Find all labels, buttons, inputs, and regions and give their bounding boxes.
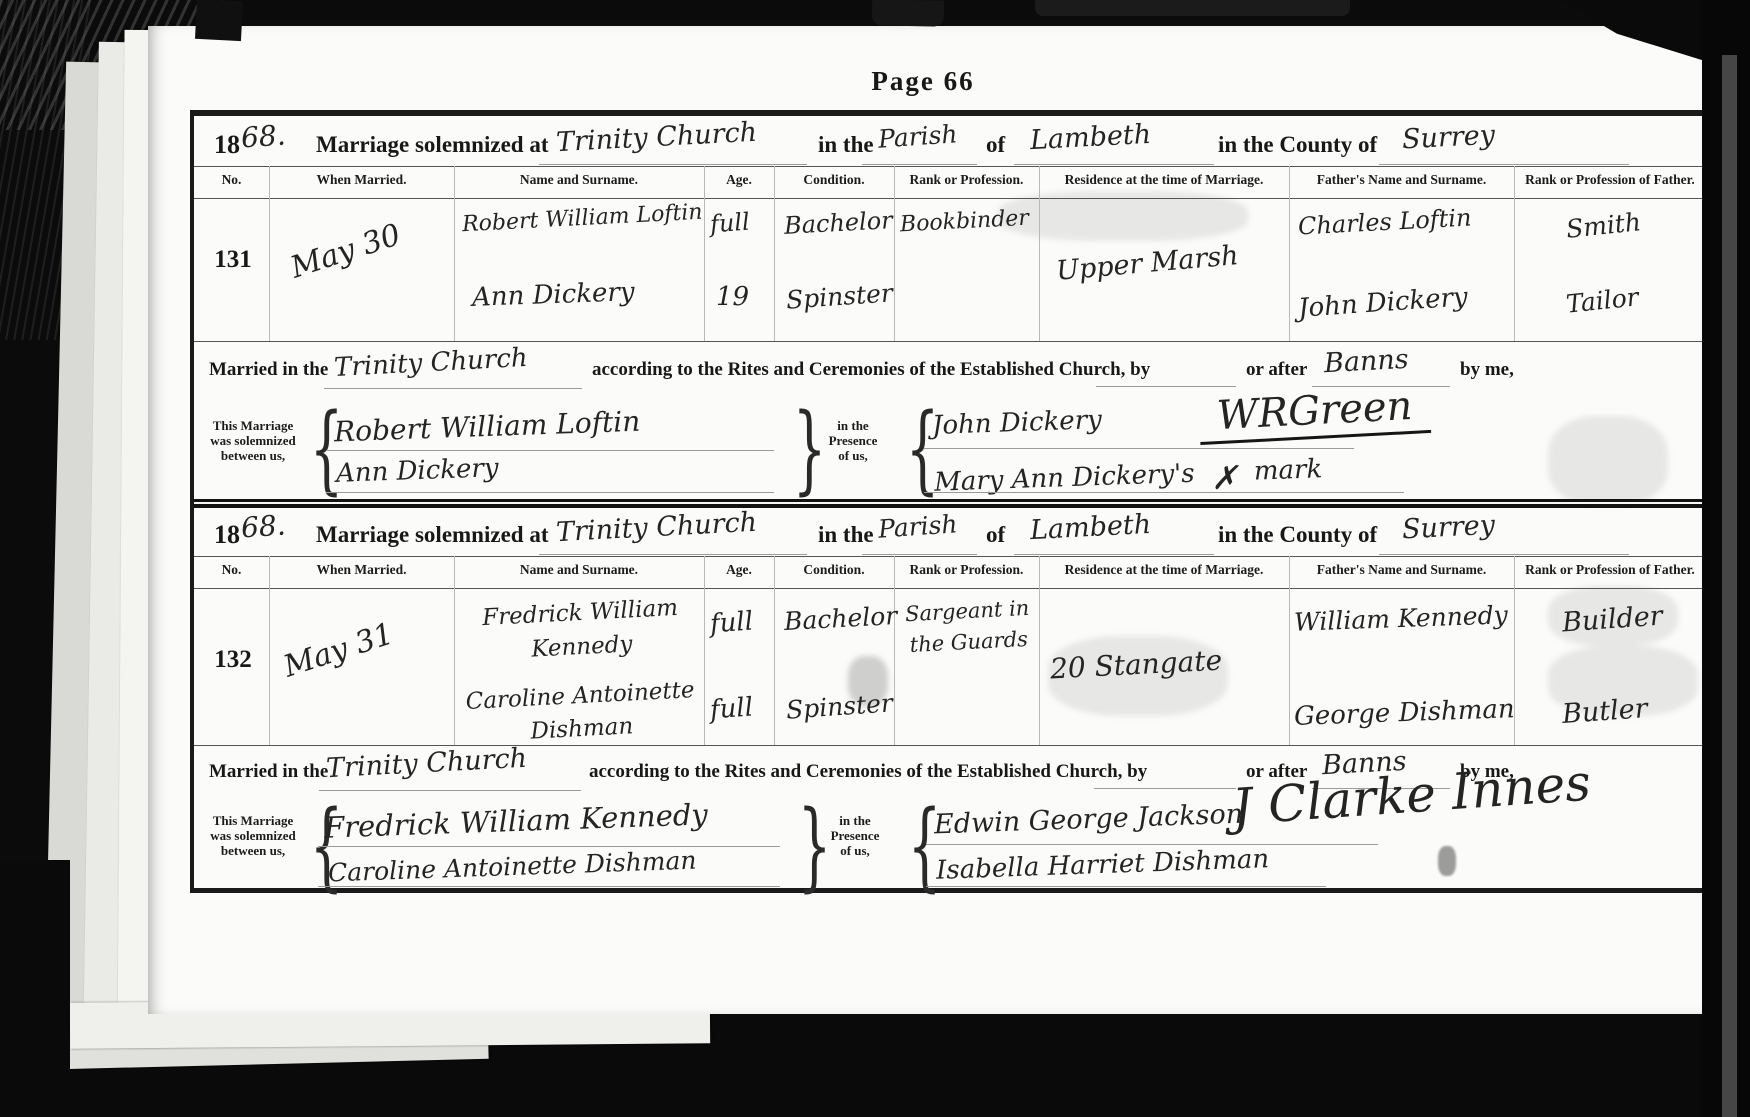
presence-label: in the Presence of us,	[816, 418, 890, 463]
presence-line3: of us,	[816, 448, 890, 463]
caption-parish-handwritten: Parish	[877, 119, 958, 153]
caption-parish-name-handwritten: Lambeth	[1029, 119, 1152, 156]
column-header-no: No.	[194, 172, 269, 188]
by-me-label: by me,	[1460, 359, 1514, 381]
caption-of: of	[986, 522, 1005, 548]
this-marriage-label: This Marriage was solemnized between us,	[202, 418, 304, 463]
column-header-father: Father's Name and Surname.	[1289, 562, 1514, 578]
column-header-residence: Residence at the time of Marriage.	[1039, 562, 1289, 578]
signature-line	[318, 846, 780, 847]
column-header-age: Age.	[704, 172, 774, 188]
witness2-mark-word: mark	[1253, 454, 1322, 486]
groom-age-handwritten: full	[709, 208, 751, 239]
blank-line	[1096, 386, 1236, 387]
caption-year-printed: 18	[214, 520, 240, 550]
married-in-the-label: Married in the	[209, 359, 328, 381]
caption-in-the: in the	[818, 132, 874, 158]
caption-of: of	[986, 132, 1005, 158]
caption-blank-line	[862, 164, 977, 165]
according-to-rites-label: according to the Rites and Ceremonies of…	[592, 359, 1150, 381]
groom-father-rank-handwritten: Smith	[1565, 207, 1643, 244]
spouse2-signature: Ann Dickery	[336, 453, 499, 489]
column-header-condition: Condition.	[774, 562, 894, 578]
column-rule	[894, 166, 895, 341]
bride-father-rank-handwritten: Tailor	[1565, 282, 1640, 318]
caption-parish-name-handwritten: Lambeth	[1029, 509, 1152, 546]
caption-county-of: in the County of	[1218, 132, 1377, 158]
bride-father-handwritten: John Dickery	[1297, 282, 1468, 324]
column-rule	[454, 556, 455, 745]
groom-name-handwritten: Robert William Loftin	[462, 200, 704, 238]
bride-condition-handwritten: Spinster	[785, 278, 894, 314]
column-header-father-rank: Rank or Profession of Father.	[1514, 172, 1706, 188]
register-form-border: 18 68. Marriage solemnized at Trinity Ch…	[190, 110, 1710, 893]
this-marriage-line3: between us,	[202, 843, 304, 858]
column-rule	[454, 166, 455, 341]
this-marriage-line1: This Marriage	[202, 813, 304, 828]
column-rule	[894, 556, 895, 745]
caption-blank-line	[862, 554, 977, 555]
bride-age-handwritten: 19	[716, 282, 749, 312]
marriage-entry-131: 18 68. Marriage solemnized at Trinity Ch…	[194, 116, 1706, 499]
officiant-signature: WRGreen	[1198, 382, 1432, 445]
groom-condition-handwritten: Bachelor	[783, 206, 893, 240]
bride-condition-handwritten: Spinster	[785, 688, 894, 724]
presence-label: in the Presence of us,	[818, 813, 892, 858]
spouse1-signature: Fredrick William Kennedy	[324, 797, 709, 844]
caption-church-handwritten: Trinity Church	[555, 117, 757, 158]
column-header-father-rank: Rank or Profession of Father.	[1514, 562, 1706, 578]
spouse1-signature: Robert William Loftin	[334, 405, 641, 449]
column-header-when-married: When Married.	[269, 172, 454, 188]
page-title: Page 66	[808, 66, 1038, 97]
column-header-rank: Rank or Profession.	[894, 172, 1039, 188]
column-rule	[269, 166, 270, 341]
signature-line	[326, 450, 774, 451]
caption-blank-line	[1014, 164, 1214, 165]
residence-handwritten: Upper Marsh	[1055, 240, 1240, 287]
presence-line2: Presence	[818, 828, 892, 843]
married-in-the-label: Married in the	[209, 761, 328, 783]
caption-year-handwritten: 68.	[240, 508, 287, 544]
caption-solemnized-at: Marriage solemnized at	[316, 132, 548, 158]
presence-line3: of us,	[818, 843, 892, 858]
column-rule	[1289, 556, 1290, 745]
caption-solemnized-at: Marriage solemnized at	[316, 522, 548, 548]
column-header-condition: Condition.	[774, 172, 894, 188]
caption-parish-handwritten: Parish	[877, 509, 958, 543]
column-rule	[1039, 556, 1040, 745]
scanned-register-canvas: { "colors": { "paper": "#fbfbf9", "ink":…	[0, 0, 1750, 1117]
groom-father-handwritten: William Kennedy	[1294, 600, 1509, 636]
column-rule	[1039, 166, 1040, 341]
caption-blank-line	[1379, 164, 1629, 165]
married-in-church-handwritten: Trinity Church	[325, 743, 527, 784]
marriage-entry-132: 18 68. Marriage solemnized at Trinity Ch…	[194, 508, 1706, 888]
caption-year-printed: 18	[214, 130, 240, 160]
witness1-signature: Edwin George Jackson	[934, 799, 1244, 841]
or-after-label: or after	[1246, 359, 1307, 381]
this-marriage-line2: was solemnized	[202, 828, 304, 843]
column-header-residence: Residence at the time of Marriage.	[1039, 172, 1289, 188]
bride-age-handwritten: full	[709, 693, 754, 726]
caption-county-handwritten: Surrey	[1401, 510, 1495, 546]
blank-line	[319, 790, 581, 791]
bride-name-handwritten: Ann Dickery	[472, 277, 635, 313]
residence-handwritten: 20 Stangate	[1049, 644, 1223, 686]
spouse2-signature: Caroline Antoinette Dishman	[328, 846, 697, 888]
column-header-age: Age.	[704, 562, 774, 578]
grid-line	[194, 166, 1706, 167]
this-marriage-line1: This Marriage	[202, 418, 304, 433]
column-rule	[1514, 166, 1515, 341]
caption-church-handwritten: Trinity Church	[555, 507, 757, 548]
column-rule	[774, 556, 775, 745]
bride-father-handwritten: George Dishman	[1294, 694, 1516, 732]
caption-blank-line	[539, 554, 807, 555]
caption-blank-line	[539, 164, 807, 165]
column-header-name: Name and Surname.	[454, 562, 704, 578]
entry-divider-rule	[194, 499, 1706, 508]
presence-line1: in the	[816, 418, 890, 433]
presence-line2: Presence	[816, 433, 890, 448]
presence-line1: in the	[818, 813, 892, 828]
grid-line	[194, 588, 1706, 589]
groom-rank-handwritten: Bookbinder	[899, 206, 1029, 238]
when-married-handwritten: May 30	[286, 217, 405, 285]
bride-name-handwritten: Caroline Antoinette Dishman	[454, 674, 707, 753]
grid-line	[194, 556, 1706, 557]
bottom-left-corner-shadow	[0, 860, 70, 1117]
column-rule	[269, 556, 270, 745]
when-married-handwritten: May 31	[279, 616, 398, 684]
caption-county-of: in the County of	[1218, 522, 1377, 548]
groom-father-rank-handwritten: Builder	[1561, 601, 1664, 639]
groom-father-handwritten: Charles Loftin	[1297, 203, 1472, 240]
top-edge-smudge	[872, 0, 944, 27]
signature-line	[326, 492, 774, 493]
bride-father-rank-handwritten: Butler	[1561, 693, 1649, 730]
according-to-rites-label: according to the Rites and Ceremonies of…	[589, 761, 1147, 783]
signature-line	[924, 492, 1404, 493]
grid-line	[194, 198, 1706, 199]
column-rule	[774, 166, 775, 341]
caption-blank-line	[1014, 554, 1214, 555]
column-header-when-married: When Married.	[269, 562, 454, 578]
entry-number: 132	[202, 646, 264, 674]
signature-line	[318, 886, 780, 887]
grid-line	[194, 745, 1706, 746]
groom-condition-handwritten: Bachelor	[783, 601, 898, 636]
witness2-signature: Isabella Harriet Dishman	[936, 844, 1270, 886]
caption-blank-line	[1379, 554, 1629, 555]
column-rule	[704, 166, 705, 341]
groom-rank-handwritten: Sargeant in the Guards	[897, 592, 1038, 661]
book-spine-highlight	[1722, 55, 1737, 1117]
this-marriage-label: This Marriage was solemnized between us,	[202, 813, 304, 858]
married-in-church-handwritten: Trinity Church	[333, 343, 528, 383]
column-header-father: Father's Name and Surname.	[1289, 172, 1514, 188]
column-header-rank: Rank or Profession.	[894, 562, 1039, 578]
register-page: Page 66 18 68. Marriage solemnized at Tr…	[148, 26, 1714, 1014]
this-marriage-line2: was solemnized	[202, 433, 304, 448]
caption-in-the: in the	[818, 522, 874, 548]
blank-line	[324, 388, 582, 389]
witness1-signature: John Dickery	[932, 405, 1103, 441]
caption-year-handwritten: 68.	[240, 118, 287, 154]
banns-handwritten: Banns	[1323, 344, 1409, 379]
column-header-no: No.	[194, 562, 269, 578]
this-marriage-line3: between us,	[202, 448, 304, 463]
signature-line	[926, 886, 1326, 887]
book-clamp-mark	[195, 0, 243, 41]
column-rule	[1289, 166, 1290, 341]
top-edge-streak	[1035, 0, 1350, 16]
witness2-name: Isabella Harriet Dishman	[936, 844, 1270, 886]
caption-county-handwritten: Surrey	[1401, 120, 1495, 156]
groom-age-handwritten: full	[709, 607, 754, 640]
column-header-name: Name and Surname.	[454, 172, 704, 188]
entry-number: 131	[202, 246, 264, 274]
grid-line	[194, 341, 1706, 342]
groom-name-handwritten: Fredrick William Kennedy	[460, 590, 701, 670]
signature-line	[926, 844, 1378, 845]
